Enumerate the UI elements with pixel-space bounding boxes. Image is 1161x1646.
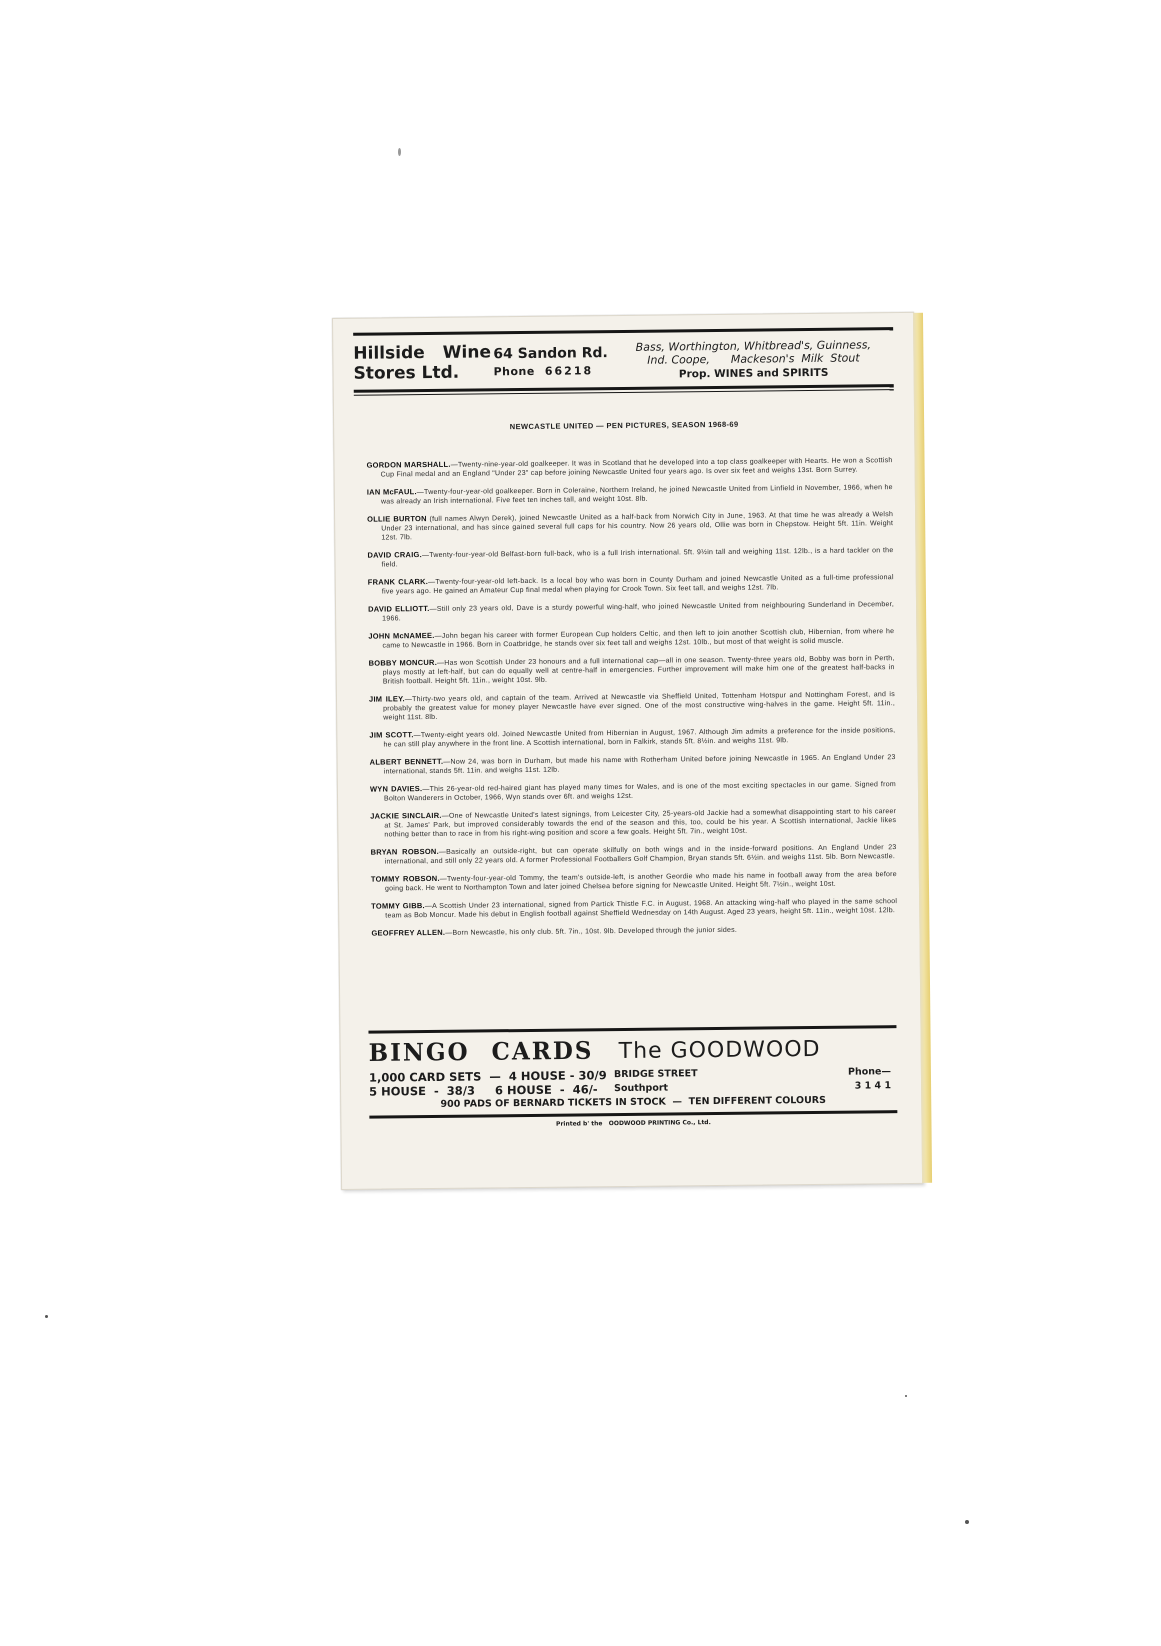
player-name: GORDON MARSHALL. xyxy=(366,460,450,470)
player-description: —John began his career with former Europ… xyxy=(382,628,894,649)
bingo-cards-advert: BINGOCARDS The GOODWOOD 1,000 CARD SETS … xyxy=(368,1025,897,1130)
player-description: —Basically an outside-right, but can ope… xyxy=(385,844,897,865)
player-name: DAVID ELLIOTT. xyxy=(368,604,430,614)
player-entry: JACKIE SINCLAIR.—One of Newcastle United… xyxy=(370,806,896,840)
player-name: IAN McFAUL. xyxy=(367,487,417,497)
player-name: TOMMY ROBSON. xyxy=(371,874,440,884)
player-entry: FRANK CLARK.—Twenty-four-year-old left-b… xyxy=(368,572,894,597)
programme-page: HillsideWine Stores Ltd. 64 Sandon Rd. P… xyxy=(332,312,923,1190)
player-name: JOHN McNAMEE. xyxy=(368,631,434,641)
page-title: NEWCASTLE UNITED — PEN PICTURES, SEASON … xyxy=(334,418,914,433)
dust-speck xyxy=(45,1315,48,1318)
player-entry: WYN DAVIES.—This 26-year-old red-haired … xyxy=(370,779,896,804)
player-name: FRANK CLARK. xyxy=(368,577,428,587)
player-entry: OLLIE BURTON (full names Alwyn Derek), j… xyxy=(367,509,893,543)
player-name: DAVID CRAIG. xyxy=(367,550,422,560)
player-name: ALBERT BENNETT. xyxy=(370,757,444,767)
player-entry: DAVID CRAIG.—Twenty-four-year-old Belfas… xyxy=(367,545,893,570)
pen-pictures-list: GORDON MARSHALL.—Twenty-nine-year-old go… xyxy=(366,455,897,946)
player-name: GEOFFREY ALLEN. xyxy=(371,928,445,938)
player-entry: JIM SCOTT.—Twenty-eight years old. Joine… xyxy=(369,725,895,750)
advertiser-brands: Bass, Worthington, Whitbread's, Guinness… xyxy=(613,338,893,381)
player-description: —A Scottish Under 23 international, sign… xyxy=(385,898,897,919)
player-description: —Twenty-four-year-old left-back. Is a lo… xyxy=(382,574,894,595)
player-entry: IAN McFAUL.—Twenty-four-year-old goalkee… xyxy=(367,482,893,507)
bingo-prices: 1,000 CARD SETS — 4 HOUSE - 30/9 5 HOUSE… xyxy=(369,1068,614,1099)
player-description: —Twenty-eight years old. Joined Newcastl… xyxy=(383,727,895,748)
player-description: —This 26-year-old red-haired giant has p… xyxy=(384,781,896,802)
player-entry: BRYAN ROBSON.—Basically an outside-right… xyxy=(371,842,897,867)
player-entry: JOHN McNAMEE.—John began his career with… xyxy=(368,626,894,651)
player-entry: GEOFFREY ALLEN.—Born Newcastle, his only… xyxy=(371,923,897,939)
printer-credit: Printed b' the OODWOOD PRINTING Co., Ltd… xyxy=(369,1117,897,1130)
advertiser-address: 64 Sandon Rd. Phone66218 xyxy=(493,345,613,378)
goodwood-phone: Phone— 3 1 4 1 xyxy=(739,1065,897,1095)
player-name: OLLIE BURTON xyxy=(367,514,427,524)
player-description: —Still only 23 years old, Dave is a stur… xyxy=(382,601,894,622)
goodwood-title: The GOODWOOD xyxy=(619,1037,821,1064)
player-name: JIM SCOTT. xyxy=(369,730,413,739)
player-description: —Born Newcastle, his only club. 5ft. 7in… xyxy=(445,927,737,937)
player-description: —Twenty-four-year-old goalkeeper. Born i… xyxy=(381,484,893,505)
player-description: —Twenty-nine-year-old goalkeeper. It was… xyxy=(381,457,893,478)
player-description: —Thirty-two years old, and captain of th… xyxy=(383,691,895,721)
player-description: —Has won Scottish Under 23 honours and a… xyxy=(383,655,895,685)
player-name: TOMMY GIBB. xyxy=(371,901,425,911)
wine-stores-advert: HillsideWine Stores Ltd. 64 Sandon Rd. P… xyxy=(353,327,894,396)
player-description: —Now 24, was born in Durham, but made hi… xyxy=(384,754,896,775)
player-name: JIM ILEY. xyxy=(369,694,405,703)
player-entry: DAVID ELLIOTT.—Still only 23 years old, … xyxy=(368,599,894,624)
player-entry: ALBERT BENNETT.—Now 24, was born in Durh… xyxy=(370,752,896,777)
player-entry: TOMMY ROBSON.—Twenty-four-year-old Tommy… xyxy=(371,869,897,894)
goodwood-address: BRIDGE STREET Southport xyxy=(614,1067,739,1096)
player-name: JACKIE SINCLAIR. xyxy=(370,811,442,821)
player-entry: BOBBY MONCUR.—Has won Scottish Under 23 … xyxy=(369,653,895,687)
bingo-cards-title: BINGOCARDS xyxy=(369,1036,619,1067)
dust-speck xyxy=(965,1520,969,1524)
player-name: WYN DAVIES. xyxy=(370,784,422,794)
player-description: (full names Alwyn Derek), joined Newcast… xyxy=(381,511,893,541)
dust-speck xyxy=(398,148,401,156)
advertiser-name: HillsideWine Stores Ltd. xyxy=(353,342,493,383)
page-spine-edge xyxy=(913,313,932,1183)
player-entry: JIM ILEY.—Thirty-two years old, and capt… xyxy=(369,689,895,723)
player-name: BOBBY MONCUR. xyxy=(369,658,437,668)
dust-speck xyxy=(905,1395,907,1397)
player-description: —One of Newcastle United's latest signin… xyxy=(384,808,896,838)
player-entry: TOMMY GIBB.—A Scottish Under 23 internat… xyxy=(371,896,897,921)
player-name: BRYAN ROBSON. xyxy=(371,847,439,857)
player-description: —Twenty-four-year-old Tommy, the team's … xyxy=(385,871,897,892)
player-description: —Twenty-four-year-old Belfast-born full-… xyxy=(382,547,894,568)
player-entry: GORDON MARSHALL.—Twenty-nine-year-old go… xyxy=(366,455,892,480)
